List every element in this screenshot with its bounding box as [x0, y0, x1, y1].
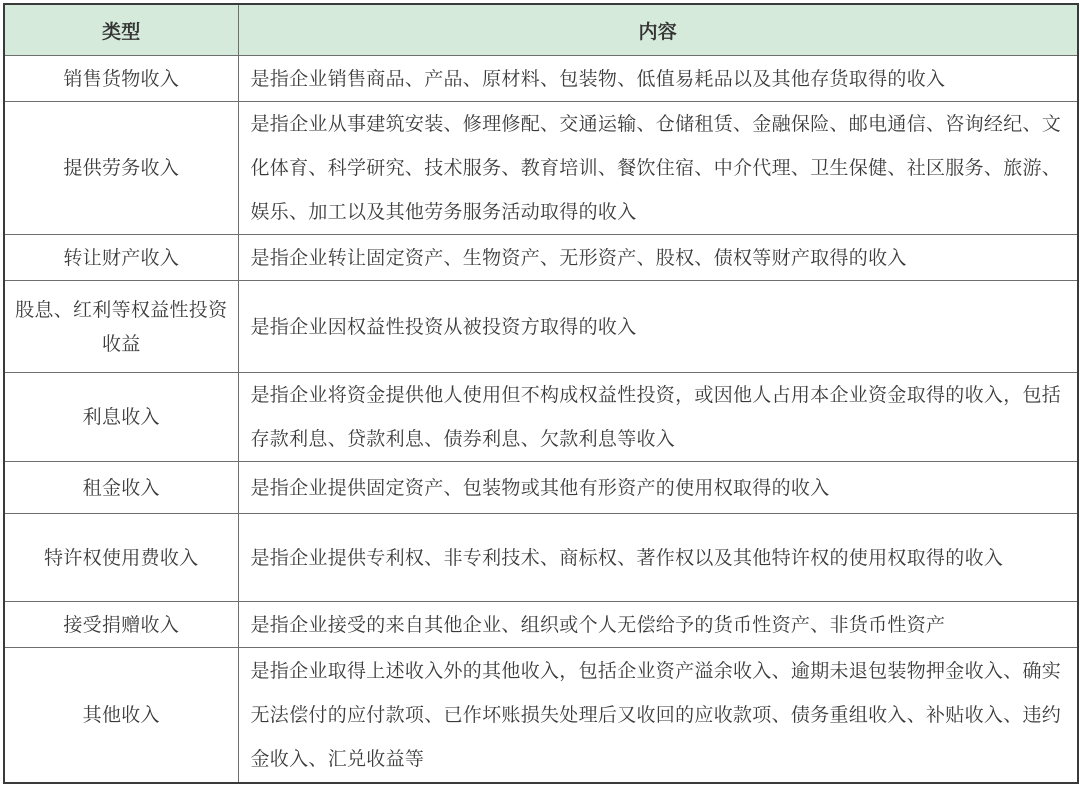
table-row: 利息收入 是指企业将资金提供他人使用但不构成权益性投资，或因他人占用本企业资金取… [4, 373, 1078, 462]
table-row: 接受捐赠收入 是指企业接受的来自其他企业、组织或个人无偿给予的货币性资产、非货币… [4, 602, 1078, 648]
type-cell: 股息、红利等权益性投资收益 [4, 281, 238, 373]
table-row: 股息、红利等权益性投资收益 是指企业因权益性投资从被投资方取得的收入 [4, 281, 1078, 373]
content-cell: 是指企业提供固定资产、包装物或其他有形资产的使用权取得的收入 [238, 462, 1078, 514]
type-cell: 销售货物收入 [4, 56, 238, 102]
type-cell: 其他收入 [4, 648, 238, 784]
table-row: 特许权使用费收入 是指企业提供专利权、非专利技术、商标权、著作权以及其他特许权的… [4, 514, 1078, 602]
content-cell: 是指企业将资金提供他人使用但不构成权益性投资，或因他人占用本企业资金取得的收入，… [238, 373, 1078, 462]
table-row: 租金收入 是指企业提供固定资产、包装物或其他有形资产的使用权取得的收入 [4, 462, 1078, 514]
type-cell: 提供劳务收入 [4, 102, 238, 235]
content-cell: 是指企业从事建筑安装、修理修配、交通运输、仓储租赁、金融保险、邮电通信、咨询经纪… [238, 102, 1078, 235]
type-cell: 利息收入 [4, 373, 238, 462]
content-cell: 是指企业取得上述收入外的其他收入，包括企业资产溢余收入、逾期未退包装物押金收入、… [238, 648, 1078, 784]
table-header-row: 类型 内容 [4, 4, 1078, 56]
content-cell: 是指企业转让固定资产、生物资产、无形资产、股权、债权等财产取得的收入 [238, 235, 1078, 281]
type-cell: 转让财产收入 [4, 235, 238, 281]
type-cell: 租金收入 [4, 462, 238, 514]
header-content: 内容 [238, 4, 1078, 56]
content-cell: 是指企业因权益性投资从被投资方取得的收入 [238, 281, 1078, 373]
table-row: 其他收入 是指企业取得上述收入外的其他收入，包括企业资产溢余收入、逾期未退包装物… [4, 648, 1078, 784]
content-cell: 是指企业接受的来自其他企业、组织或个人无偿给予的货币性资产、非货币性资产 [238, 602, 1078, 648]
content-cell: 是指企业销售商品、产品、原材料、包装物、低值易耗品以及其他存货取得的收入 [238, 56, 1078, 102]
table-row: 转让财产收入 是指企业转让固定资产、生物资产、无形资产、股权、债权等财产取得的收… [4, 235, 1078, 281]
table-row: 提供劳务收入 是指企业从事建筑安装、修理修配、交通运输、仓储租赁、金融保险、邮电… [4, 102, 1078, 235]
income-types-table-container: 类型 内容 销售货物收入 是指企业销售商品、产品、原材料、包装物、低值易耗品以及… [3, 3, 1077, 790]
type-cell: 特许权使用费收入 [4, 514, 238, 602]
income-types-table: 类型 内容 销售货物收入 是指企业销售商品、产品、原材料、包装物、低值易耗品以及… [3, 3, 1079, 784]
header-type: 类型 [4, 4, 238, 56]
type-cell: 接受捐赠收入 [4, 602, 238, 648]
table-row: 销售货物收入 是指企业销售商品、产品、原材料、包装物、低值易耗品以及其他存货取得… [4, 56, 1078, 102]
content-cell: 是指企业提供专利权、非专利技术、商标权、著作权以及其他特许权的使用权取得的收入 [238, 514, 1078, 602]
